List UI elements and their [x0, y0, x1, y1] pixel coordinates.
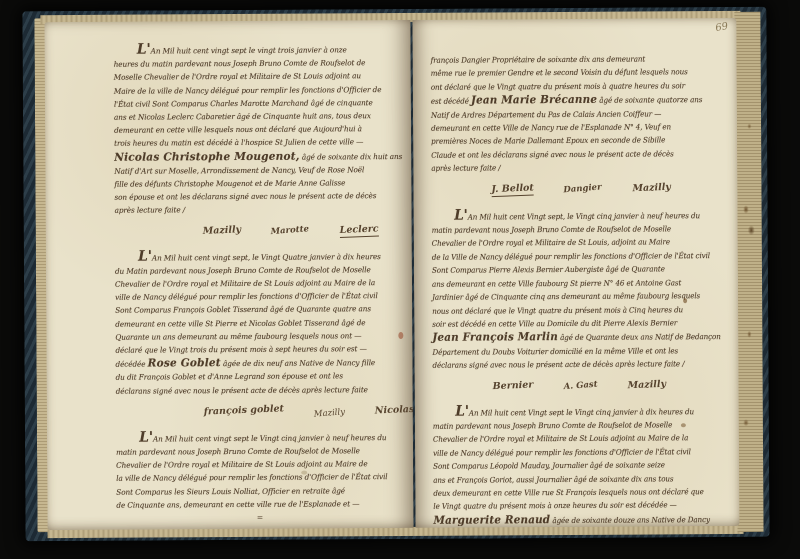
- signatures-row: MazillyMarotteLeclerc: [203, 217, 402, 238]
- photograph-background: L'An Mil huit cent vingt sept le vingt t…: [0, 0, 800, 559]
- signature: Mazilly: [314, 407, 346, 419]
- register-entry: L'An Mil huit cent vingt sept, le Vingt …: [115, 249, 403, 420]
- register-book: L'An Mil huit cent vingt sept le vingt t…: [0, 0, 800, 559]
- line-text: est décédé: [431, 97, 471, 106]
- right-page: 69 françois Dangier Propriétaire de soix…: [412, 18, 739, 528]
- deceased-name: Nicolas Christophe Mougenot,: [114, 149, 299, 163]
- signature: Mazilly: [627, 378, 666, 391]
- signature: Mazilly: [202, 224, 241, 237]
- deceased-name: Marguerite Renaud: [433, 513, 550, 527]
- manuscript-line: =: [116, 510, 403, 525]
- signature: Mazilly: [632, 181, 671, 194]
- deceased-name: Jean Marie Brécanne: [471, 93, 597, 107]
- signatures-row: BernierA. GastMazilly: [493, 372, 733, 392]
- register-entry: L'An Mil huit cent Vingt sept le Vingt c…: [433, 403, 734, 528]
- line-text: âgée de dix neuf ans Native de Nancy fil…: [221, 358, 375, 368]
- manuscript-line: après lecture faite /: [431, 160, 713, 175]
- signature: Dangier: [564, 182, 603, 195]
- line-text: âgé de soixante dix huit ans: [300, 152, 403, 162]
- register-entry: L'An Mil huit cent vingt sept le Vingt c…: [116, 430, 404, 525]
- line-text: âgée de soixante douze ans Native de Dan…: [550, 515, 710, 525]
- deceased-name: Jean François Marlin: [432, 330, 558, 344]
- signature: A. Gast: [563, 379, 598, 392]
- register-entry: L'An Mil huit cent Vingt sept, le Vingt …: [432, 207, 733, 393]
- manuscript-line: L'An Mil huit cent Vingt sept, le Vingt …: [432, 207, 714, 224]
- manuscript-line: de Cinquante ans, demeurant en cette vil…: [116, 497, 394, 512]
- manuscript-line: déclarans signé avec nous le présent act…: [432, 357, 714, 372]
- signatures-row: J. BellotDangierMazilly: [491, 175, 731, 196]
- manuscript-line: déclarans signé avec nous le présent act…: [116, 383, 394, 398]
- signature: J. Bellot: [491, 182, 534, 197]
- folio-number: 69: [715, 21, 730, 34]
- left-page: L'An Mil huit cent vingt sept le vingt t…: [44, 20, 413, 530]
- signature: Bernier: [492, 379, 533, 392]
- register-entry: L'An Mil huit cent vingt sept le vingt t…: [114, 42, 402, 238]
- line-text: décédée: [115, 360, 147, 369]
- signature: françois goblet: [204, 403, 285, 417]
- register-entry: françois Dangier Propriétaire de soixant…: [431, 52, 732, 196]
- manuscript-line: L'An Mil huit cent Vingt sept le Vingt c…: [433, 403, 715, 420]
- line-text: âgé de Quarante deux ans Natif de Bedanç…: [558, 332, 721, 342]
- open-spread: L'An Mil huit cent vingt sept le vingt t…: [44, 18, 739, 530]
- signatures-row: françois gobletMazillyNicolas goblet: [204, 397, 403, 419]
- signature: Leclerc: [339, 223, 378, 238]
- deceased-name: Rose Goblet: [148, 356, 221, 369]
- line-text: âgé de soixante quatorze ans: [597, 95, 702, 105]
- signature: Marotte: [271, 224, 310, 237]
- signature: Nicolas goblet: [375, 402, 413, 416]
- manuscript-line: après lecture faite /: [115, 202, 393, 217]
- manuscript-line: Marguerite Renaud âgée de soixante douze…: [433, 512, 715, 528]
